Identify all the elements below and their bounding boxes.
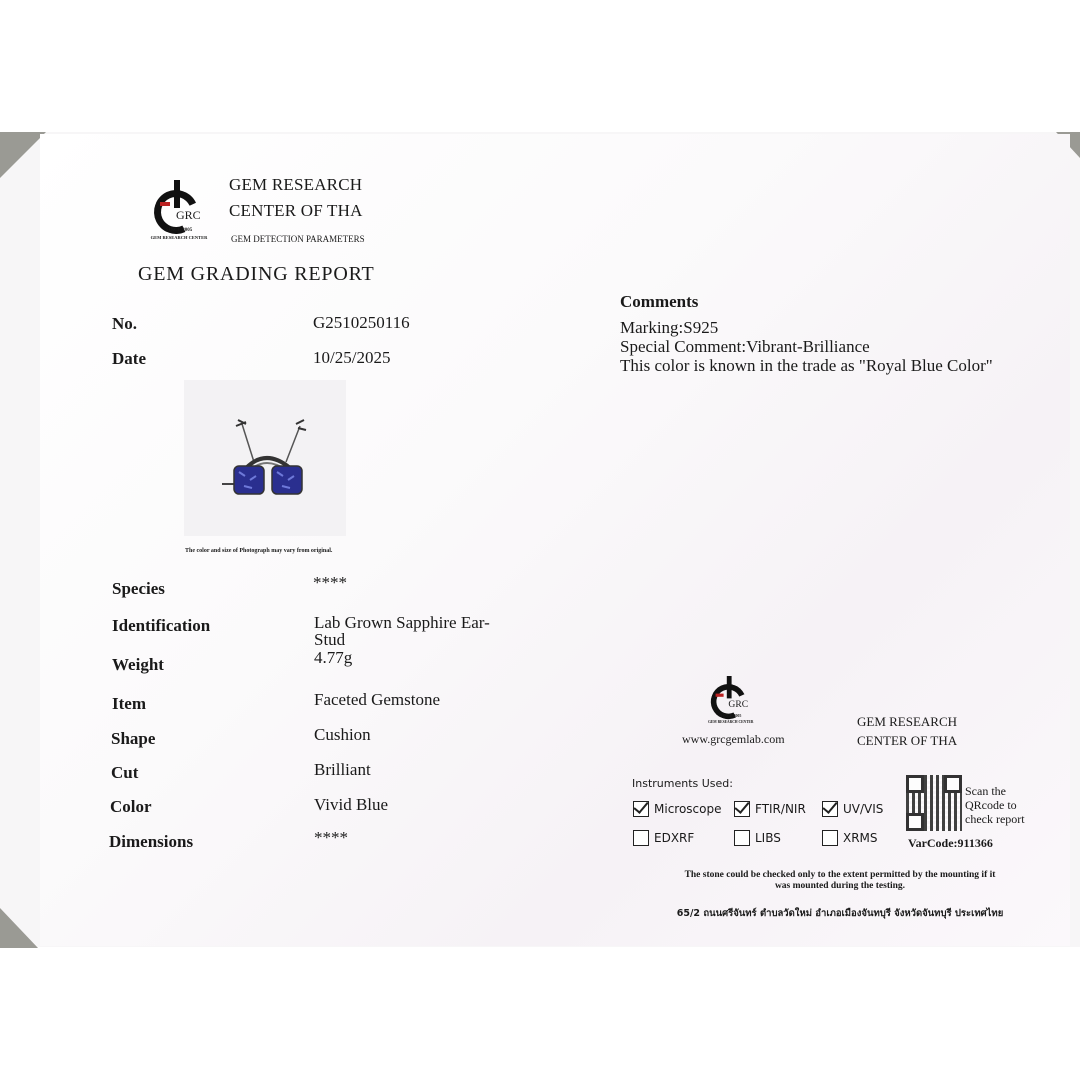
logo-center-name: GEM RESEARCH CENTER [701,720,760,724]
qr-text-line: Scan the [965,784,1025,798]
qr-text-line: check report [965,812,1025,826]
comment-marking: Marking:S925 [620,318,993,337]
comments-body: Marking:S925 Special Comment:Vibrant-Bri… [620,318,993,375]
disclaimer-line2: was mounted during the testing. [640,881,1040,892]
report-date-label: Date [112,349,146,369]
report-title: GEM GRADING REPORT [138,263,375,286]
qr-instructions: Scan the QRcode to check report [965,784,1025,826]
field-value-item: Faceted Gemstone [314,690,440,710]
field-value-cut: Brilliant [314,760,371,780]
field-value-identification: Lab Grown Sapphire Ear- Stud [314,614,490,648]
grc-logo: GRC SINCE 2005 GEM RESEARCH CENTER [148,180,210,250]
report-number-value: G2510250116 [313,313,410,333]
field-value-shape: Cushion [314,725,371,745]
website-link[interactable]: www.grcgemlab.com [682,732,785,747]
varcode: VarCode:911366 [908,836,993,851]
instrument-xrms: XRMS [822,830,878,846]
instrument-libs: LIBS [734,830,781,846]
instrument-label: XRMS [843,831,878,845]
instruments-title: Instruments Used: [632,777,733,790]
logo-accent [716,694,724,697]
logo-since: SINCE 2005 [148,228,210,233]
logo-since: SINCE 2005 [706,714,756,718]
earring-image [184,380,346,536]
comments-title: Comments [620,292,698,312]
instrument-label: FTIR/NIR [755,802,806,816]
logo-text: GRC [728,698,748,710]
field-label-dimensions: Dimensions [109,832,193,852]
disclaimer: The stone could be checked only to the e… [640,870,1040,892]
footer-org-line2: CENTER OF THA [857,733,957,749]
field-label-cut: Cut [111,763,138,783]
photo-caption: The color and size of Photograph may var… [185,548,332,554]
checkbox-checked-icon [734,801,750,817]
instrument-label: UV/VIS [843,802,883,816]
report-number-label: No. [112,314,137,334]
field-value-color: Vivid Blue [314,795,388,815]
logo-bar-icon [174,180,180,208]
checkbox-icon [734,830,750,846]
disclaimer-line1: The stone could be checked only to the e… [640,870,1040,881]
field-label-species: Species [112,579,165,599]
field-label-weight: Weight [112,655,164,675]
checkbox-icon [633,830,649,846]
qr-code-icon[interactable] [906,775,962,831]
gem-photo [184,380,346,536]
instrument-microscope: Microscope [633,801,722,817]
checkbox-checked-icon [822,801,838,817]
comment-color-trade: This color is known in the trade as "Roy… [620,356,993,375]
field-label-color: Color [110,797,152,817]
instrument-label: Microscope [654,802,722,816]
logo-center-name: GEM RESEARCH CENTER [142,235,216,240]
comment-special: Special Comment:Vibrant-Brilliance [620,337,993,356]
field-value-weight: 4.77g [314,648,352,668]
instrument-edxrf: EDXRF [633,830,694,846]
field-value-species: **** [313,573,347,593]
org-name-line1: GEM RESEARCH [229,175,362,195]
checkbox-checked-icon [633,801,649,817]
field-label-identification: Identification [112,616,210,636]
logo-bar-icon [727,676,732,698]
instrument-label: EDXRF [654,831,694,845]
lab-address: 65/2 ถนนศรีจันทร์ ตำบลวัดใหม่ อำเภอเมือง… [640,906,1040,921]
field-value-dimensions: **** [314,828,348,848]
footer-grc-logo: GRC SINCE 2005 GEM RESEARCH CENTER [706,676,756,732]
org-name-line2: CENTER OF THA [229,201,363,221]
checkbox-icon [822,830,838,846]
instrument-label: LIBS [755,831,781,845]
report-date-value: 10/25/2025 [313,348,390,368]
org-subtitle: GEM DETECTION PARAMETERS [231,234,365,244]
field-label-item: Item [112,694,146,714]
logo-text: GRC [176,208,201,223]
qr-finder [906,775,924,793]
instrument-ftir-nir: FTIR/NIR [734,801,806,817]
qr-text-line: QRcode to [965,798,1025,812]
instrument-uv-vis: UV/VIS [822,801,883,817]
logo-accent [160,202,170,206]
qr-finder [906,813,924,831]
identification-line1: Lab Grown Sapphire Ear- [314,614,490,631]
field-label-shape: Shape [111,729,155,749]
identification-line2: Stud [314,631,490,648]
footer-org-line1: GEM RESEARCH [857,714,957,730]
qr-finder [944,775,962,793]
